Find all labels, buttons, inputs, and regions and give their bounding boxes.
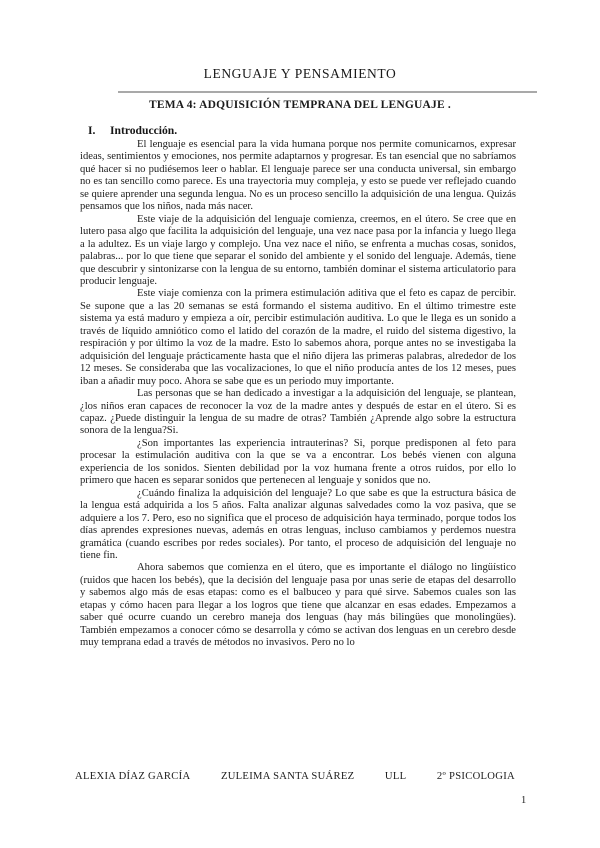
paragraph: Este viaje comienza con la primera estim… xyxy=(80,288,516,388)
footer-institution: ULL xyxy=(385,771,407,782)
paragraph: Este viaje de la adquisición del lenguaj… xyxy=(80,214,516,289)
section-number: I. xyxy=(88,124,110,137)
footer-author-1: ALEXIA DÍAZ GARCÍA xyxy=(75,771,190,782)
footer-course: 2º PSICOLOGIA xyxy=(437,771,515,782)
page-subtitle: TEMA 4: ADQUISICIÓN TEMPRANA DEL LENGUAJ… xyxy=(0,99,600,111)
paragraph: Ahora sabemos que comienza en el útero, … xyxy=(80,562,516,649)
page-number: 1 xyxy=(521,795,526,806)
document-page: LENGUAJE Y PENSAMIENTO TEMA 4: ADQUISICI… xyxy=(0,0,600,848)
document-body: El lenguaje es esencial para la vida hum… xyxy=(80,139,516,650)
page-title: LENGUAJE Y PENSAMIENTO xyxy=(0,66,600,82)
paragraph: ¿Cuándo finaliza la adquisición del leng… xyxy=(80,488,516,563)
title-divider xyxy=(118,91,537,93)
paragraph: ¿Son importantes las experiencia intraut… xyxy=(80,438,516,488)
footer-author-2: ZULEIMA SANTA SUÁREZ xyxy=(221,771,354,782)
footer: ALEXIA DÍAZ GARCÍA ZULEIMA SANTA SUÁREZ … xyxy=(75,771,515,782)
section-heading-label: Introducción. xyxy=(110,124,177,137)
paragraph: Las personas que se han dedicado a inves… xyxy=(80,388,516,438)
section-heading: I. Introducción. xyxy=(88,124,600,137)
paragraph: El lenguaje es esencial para la vida hum… xyxy=(80,139,516,214)
